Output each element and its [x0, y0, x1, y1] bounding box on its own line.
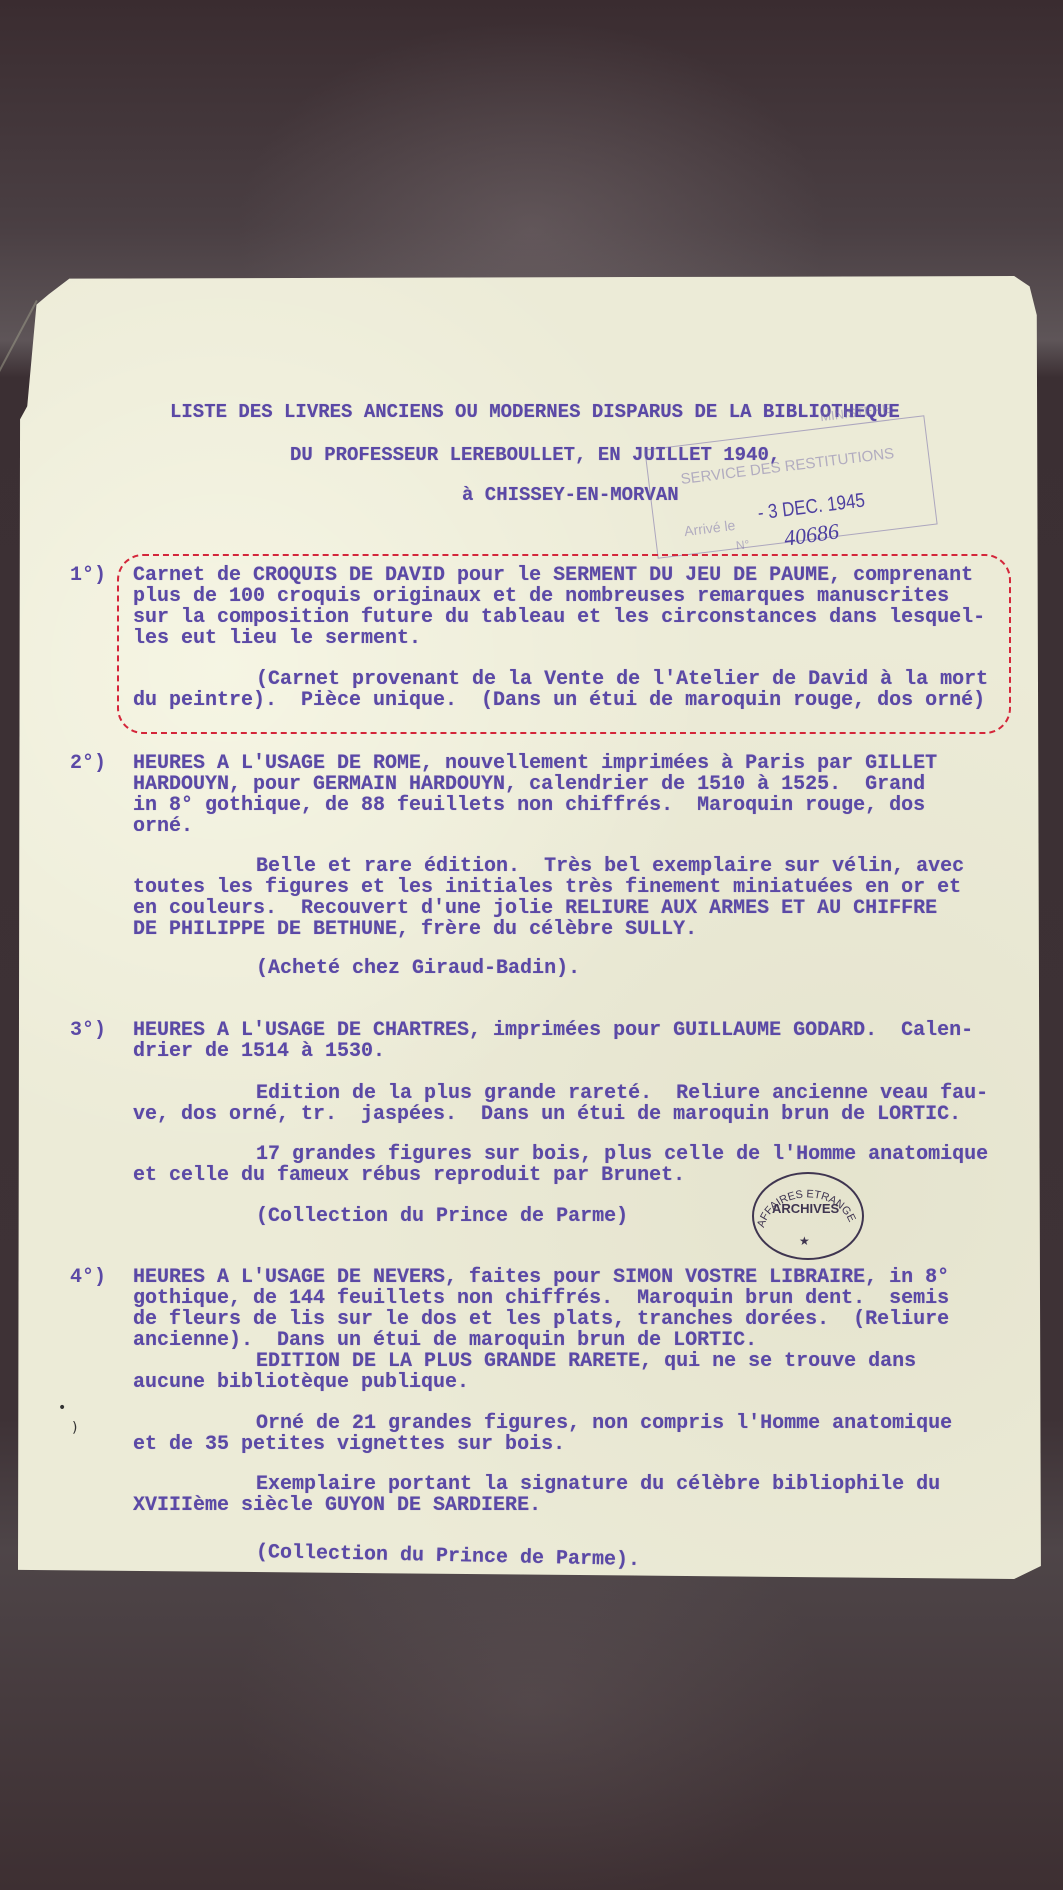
item-4-number: 4°): [70, 1267, 106, 1288]
document-title-line-1: LISTE DES LIVRES ANCIENS OU MODERNES DIS…: [170, 402, 900, 423]
item-4-para-line: Exemplaire portant la signature du célèb…: [160, 1474, 940, 1495]
item-4-line: aucune bibliotèque publique.: [133, 1372, 469, 1393]
item-4-line: gothique, de 144 feuillets non chiffrés.…: [133, 1288, 949, 1309]
item-3-number: 3°): [70, 1020, 106, 1041]
item-3-provenance: (Collection du Prince de Parme): [160, 1206, 628, 1227]
item-2-line: HEURES A L'USAGE DE ROME, nouvellement i…: [133, 753, 937, 774]
item-2-para-line: toutes les figures et les initiales très…: [133, 877, 961, 898]
item-2-provenance: (Acheté chez Giraud-Badin).: [160, 958, 580, 979]
star-icon: ★: [799, 1234, 810, 1248]
item-1-line: Carnet de CROQUIS DE DAVID pour le SERME…: [133, 565, 973, 586]
item-2-line: orné.: [133, 816, 193, 837]
document-title-line-3: à CHISSEY-EN-MORVAN: [462, 485, 679, 506]
item-4-line: de fleurs de lis sur le dos et les plats…: [133, 1309, 949, 1330]
item-3-para-line: 17 grandes figures sur bois, plus celle …: [160, 1144, 988, 1165]
item-1-line: sur la composition future du tableau et …: [133, 607, 985, 628]
item-4-para-line: XVIIIème siècle GUYON DE SARDIERE.: [133, 1495, 541, 1516]
margin-bracket-mark: ): [72, 1420, 77, 1436]
item-3-line: HEURES A L'USAGE DE CHARTRES, imprimées …: [133, 1020, 973, 1041]
item-4-line: ancienne). Dans un étui de maroquin brun…: [133, 1330, 757, 1351]
service-stamp-number-label: N°: [735, 537, 750, 553]
item-3-para-line: Edition de la plus grande rareté. Reliur…: [160, 1083, 988, 1104]
item-3-para-line: et celle du fameux rébus reproduit par B…: [133, 1165, 685, 1186]
item-2-para-line: DE PHILIPPE DE BETHUNE, frère du célèbre…: [133, 919, 697, 940]
item-1-note-line: du peintre). Pièce unique. (Dans un étui…: [133, 690, 985, 711]
item-2-para-line: Belle et rare édition. Très bel exemplai…: [160, 856, 964, 877]
item-3-line: drier de 1514 à 1530.: [133, 1041, 385, 1062]
item-1-line: plus de 100 croquis originaux et de nomb…: [133, 586, 949, 607]
item-2-line: in 8° gothique, de 88 feuillets non chif…: [133, 795, 925, 816]
archives-stamp-label: ARCHIVES: [772, 1201, 839, 1216]
item-1-note-line: (Carnet provenant de la Vente de l'Ateli…: [160, 669, 988, 690]
item-1-number: 1°): [70, 565, 106, 586]
margin-dot-mark: •: [58, 1400, 66, 1416]
item-4-line: EDITION DE LA PLUS GRANDE RARETE, qui ne…: [160, 1351, 916, 1372]
item-2-para-line: en couleurs. Recouvert d'une jolie RELIU…: [133, 898, 937, 919]
item-1-line: les eut lieu le serment.: [133, 628, 421, 649]
item-2-line: HARDOUYN, pour GERMAIN HARDOUYN, calendr…: [133, 774, 925, 795]
item-2-number: 2°): [70, 753, 106, 774]
item-4-para-line: et de 35 petites vignettes sur bois.: [133, 1434, 565, 1455]
item-4-line: HEURES A L'USAGE DE NEVERS, faites pour …: [133, 1267, 949, 1288]
item-4-para-line: Orné de 21 grandes figures, non compris …: [160, 1413, 952, 1434]
item-3-para-line: ve, dos orné, tr. jaspées. Dans un étui …: [133, 1104, 961, 1125]
